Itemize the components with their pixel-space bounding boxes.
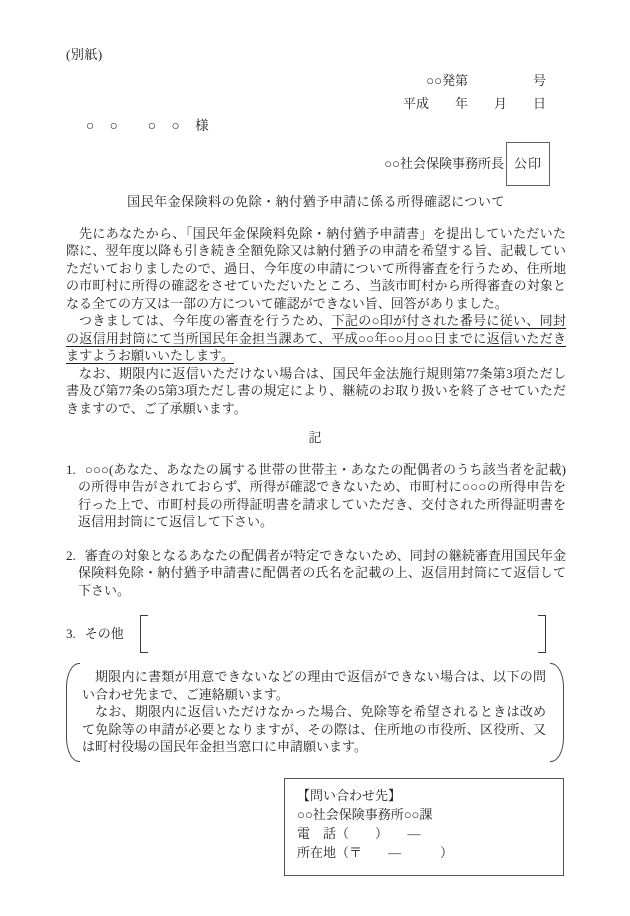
paragraph-3: なお、期限内に返信いただけない場合は、国民年金法施行規則第77条第3項ただし書及…: [66, 365, 566, 418]
contact-phone: 電 話（ ） —: [297, 824, 551, 843]
list-item-3-number: 3.: [66, 625, 76, 643]
ki-heading: 記: [66, 429, 566, 447]
contact-address: 所在地（〒 — ）: [297, 843, 551, 862]
contact-office: ○○社会保険事務所○○課: [297, 805, 551, 824]
date-line: 平成 年 月 日: [66, 92, 546, 115]
list-item-1-number: 1.: [66, 462, 76, 477]
body-text: 先にあなたから、「国民年金保険料免除・納付猶予申請書」を提出していただいた際に、…: [66, 225, 566, 418]
list-item-3-text: その他: [85, 625, 124, 643]
seal-label: 公印: [514, 155, 542, 173]
list-item-1: 1.○○○(あなた、あなたの属する世帯の世帯主・あなたの配偶者のうち該当者を記載…: [66, 461, 566, 531]
open-bracket-shape: [140, 615, 148, 653]
contact-info-box: 【問い合わせ先】 ○○社会保険事務所○○課 電 話（ ） — 所在地（〒 — ）: [284, 778, 564, 876]
paragraph-2-lead: つきましては、今年度の審査を行うため、: [79, 313, 332, 328]
paragraph-2: つきましては、今年度の審査を行うため、下記の○印が付された番号に従い、同封の返信…: [66, 312, 566, 365]
doc-number-block: ○○発第 号 平成 年 月 日: [66, 69, 546, 115]
paragraph-1: 先にあなたから、「国民年金保険料免除・納付猶予申請書」を提出していただいた際に、…: [66, 225, 566, 313]
sender-name: ○○社会保険事務所長: [384, 155, 504, 173]
list-item-1-text: ○○○(あなた、あなたの属する世帯の世帯主・あなたの配偶者のうち該当者を記載)の…: [78, 462, 566, 530]
document-title: 国民年金保険料の免除・納付猶予申請に係る所得確認について: [66, 193, 566, 211]
doc-number-line: ○○発第 号: [66, 69, 546, 92]
note-line-1: 期限内に書類が用意できないなどの理由で返信ができない場合は、以下の問い合わせ先ま…: [82, 668, 546, 703]
document-page: (別紙) ○○発第 号 平成 年 月 日 ○ ○ ○ ○ 様 ○○社会保険事務所…: [0, 0, 630, 916]
list-item-2-text: 審査の対象となるあなたの配偶者が特定できないため、同封の継続審査用国民年金保険料…: [78, 548, 566, 598]
close-bracket-shape: [538, 615, 546, 653]
bracketed-note: 期限内に書類が用意できないなどの理由で返信ができない場合は、以下の問い合わせ先ま…: [66, 663, 564, 762]
note-line-2: なお、期限内に返信いただけなかった場合、免除等を希望されるときは改めて免除等の申…: [82, 703, 546, 756]
list-item-2-number: 2.: [66, 548, 76, 563]
attachment-label: (別紙): [66, 46, 566, 64]
official-seal-box: 公印: [506, 142, 550, 186]
list-item-2: 2.審査の対象となるあなたの配偶者が特定できないため、同封の継続審査用国民年金保…: [66, 547, 566, 600]
sender-row: ○○社会保険事務所長 公印: [66, 140, 550, 188]
list-item-3: 3. その他: [66, 615, 546, 653]
addressee-line: ○ ○ ○ ○ 様: [86, 117, 566, 135]
contact-heading: 【問い合わせ先】: [297, 786, 551, 805]
